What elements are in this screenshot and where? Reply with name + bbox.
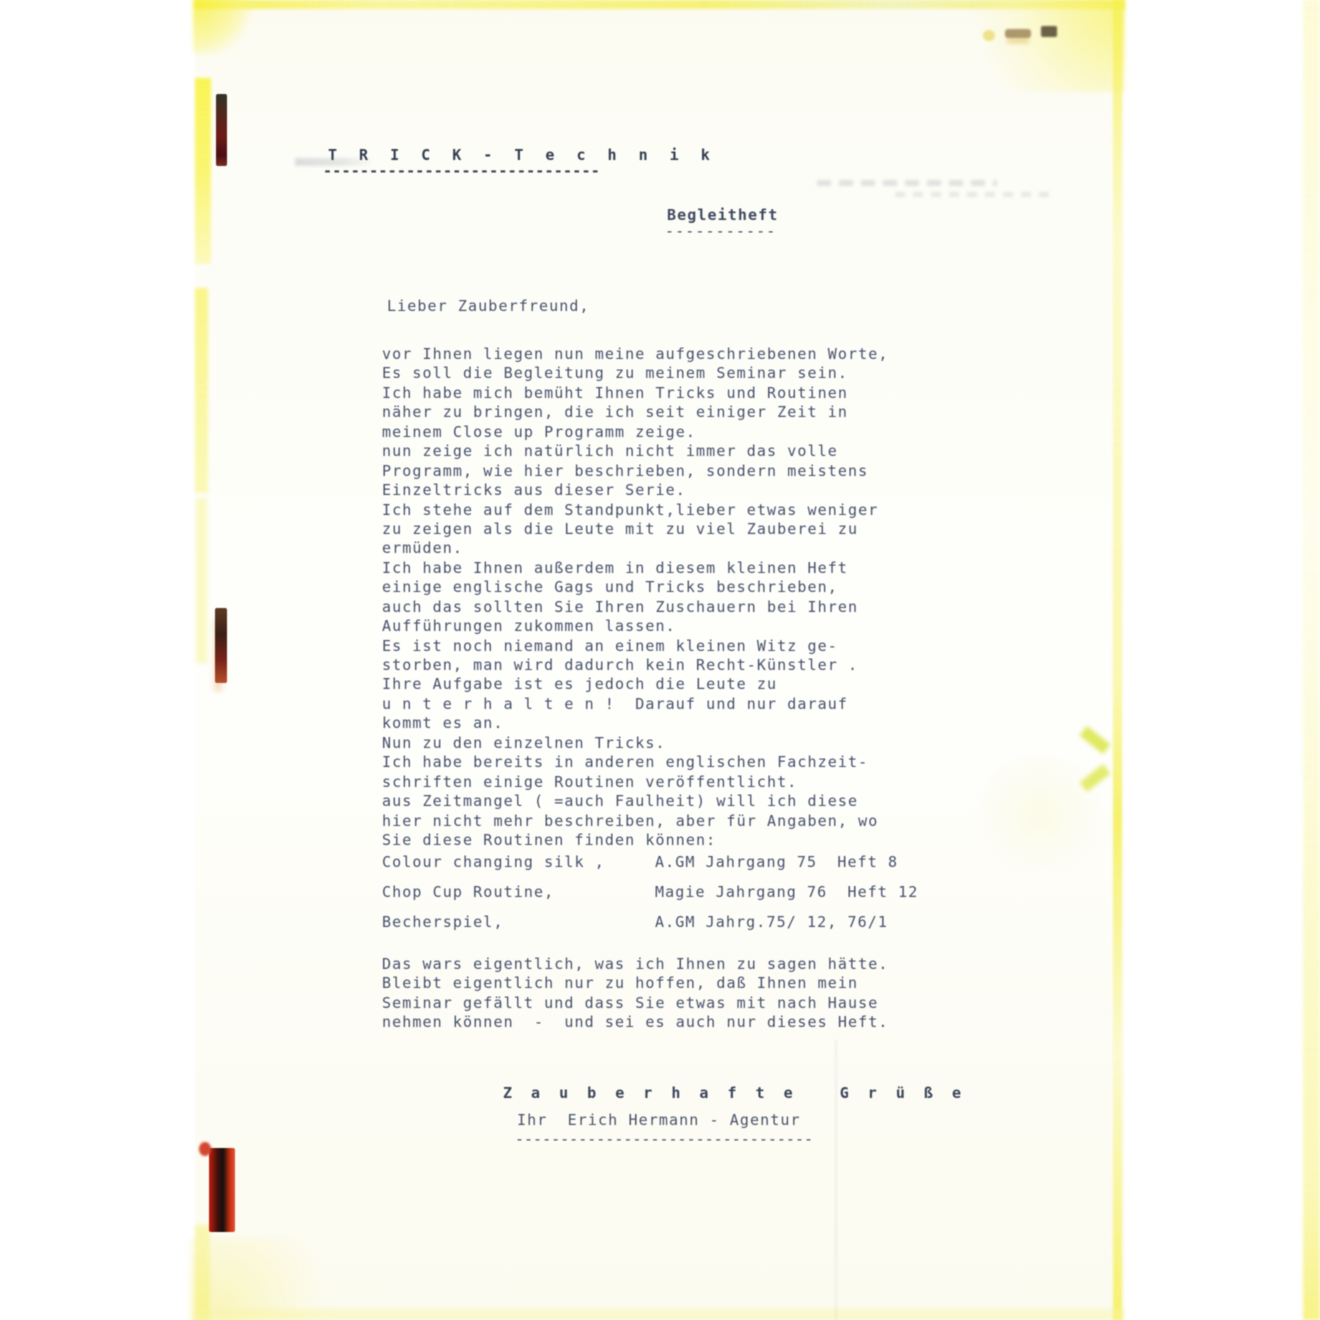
body-line: schriften einige Routinen veröffentlicht… xyxy=(382,773,889,792)
scan-edge-stain xyxy=(1303,0,1320,1320)
body-line: nun zeige ich natürlich nicht immer das … xyxy=(382,442,889,461)
scanned-letter-page: T R I C K - T e c h n i k --------------… xyxy=(0,0,1320,1320)
title-underline: ------------------------------ xyxy=(323,162,600,180)
body-line: Aufführungen zukommen lassen. xyxy=(382,617,889,636)
body-line: Ich habe mich bemüht Ihnen Tricks und Ro… xyxy=(382,384,889,403)
outro-line: Bleibt eigentlich nur zu hoffen, daß Ihn… xyxy=(382,974,889,993)
binding-mark-middle xyxy=(215,608,227,683)
body-line: kommt es an. xyxy=(382,714,889,733)
body-line: Sie diese Routinen finden können: xyxy=(382,831,889,850)
closing-salutation: Z a u b e r h a f t e G r ü ß e xyxy=(503,1084,966,1102)
letter-outro: Das wars eigentlich, was ich Ihnen zu sa… xyxy=(382,955,889,1033)
body-line: auch das sollten Sie Ihren Zuschauern be… xyxy=(382,598,889,617)
subtitle-underline: ----------- xyxy=(665,222,776,240)
paper-sheet: T R I C K - T e c h n i k --------------… xyxy=(195,0,1125,1320)
paper-crease xyxy=(835,1040,837,1320)
body-line: Nun zu den einzelnen Tricks. xyxy=(382,734,889,753)
ink-smudge xyxy=(895,192,1055,197)
stain-left-edge xyxy=(196,498,207,663)
body-line: Ich habe Ihnen außerdem in diesem kleine… xyxy=(382,559,889,578)
body-line: Ich habe bereits in anderen englischen F… xyxy=(382,753,889,772)
pencil-stroke xyxy=(1041,26,1057,37)
reference-title: Chop Cup Routine, xyxy=(382,882,554,902)
stain-chevron-mark xyxy=(1080,728,1114,804)
pencil-stroke xyxy=(1005,29,1031,38)
body-line: näher zu bringen, die ich seit einiger Z… xyxy=(382,403,889,422)
stain-left-edge xyxy=(195,1225,210,1320)
stain-top-left-corner xyxy=(193,0,257,54)
body-line: storben, man wird dadurch kein Recht-Kün… xyxy=(382,656,889,675)
body-line: Es ist noch niemand an einem kleinen Wit… xyxy=(382,637,889,656)
reference-source: A.GM Jahrg.75/ 12, 76/1 xyxy=(655,912,888,932)
reference-title: Colour changing silk , xyxy=(382,852,605,872)
outro-line: nehmen können - und sei es auch nur dies… xyxy=(382,1013,889,1032)
stain-right-edge xyxy=(1113,0,1122,1320)
stain-bottom-edge xyxy=(195,1309,1125,1320)
stain-top-edge xyxy=(195,0,1125,9)
stain-mid-right xyxy=(970,755,1110,870)
binding-mark-bottom xyxy=(209,1148,235,1232)
body-line: aus Zeitmangel ( =auch Faulheit) will ic… xyxy=(382,792,889,811)
handwritten-note xyxy=(983,24,1069,46)
stain-top-right-corner xyxy=(950,0,1125,92)
body-line: ermüden. xyxy=(382,539,889,558)
body-line: Programm, wie hier beschrieben, sondern … xyxy=(382,462,889,481)
body-line: Ihre Aufgabe ist es jedoch die Leute zu xyxy=(382,675,889,694)
body-line: hier nicht mehr beschreiben, aber für An… xyxy=(382,812,889,831)
closing-signature: Ihr Erich Hermann - Agentur xyxy=(517,1111,801,1129)
letter-body: vor Ihnen liegen nun meine aufgeschriebe… xyxy=(382,345,889,850)
body-line: vor Ihnen liegen nun meine aufgeschriebe… xyxy=(382,345,889,364)
greeting-line: Lieber Zauberfreund, xyxy=(387,297,590,315)
stain-bottom-left xyxy=(190,1238,340,1320)
stain-left-edge xyxy=(195,288,208,493)
body-line: einige englische Gags und Tricks beschri… xyxy=(382,578,889,597)
outro-line: Das wars eigentlich, was ich Ihnen zu sa… xyxy=(382,955,889,974)
stain-left-edge xyxy=(195,78,211,264)
binding-mark-top xyxy=(216,94,227,166)
ink-smudge xyxy=(817,180,997,186)
reference-source: Magie Jahrgang 76 Heft 12 xyxy=(655,882,918,902)
body-line: Es soll die Begleitung zu meinem Seminar… xyxy=(382,364,889,383)
reference-source: A.GM Jahrgang 75 Heft 8 xyxy=(655,852,898,872)
outro-line: Seminar gefällt und dass Sie etwas mit n… xyxy=(382,994,889,1013)
body-line: Ich stehe auf dem Standpunkt,lieber etwa… xyxy=(382,501,889,520)
body-line: zu zeigen als die Leute mit zu viel Zaub… xyxy=(382,520,889,539)
body-line: u n t e r h a l t e n ! Darauf und nur d… xyxy=(382,695,889,714)
body-line: meinem Close up Programm zeige. xyxy=(382,423,889,442)
signature-underline: --------------------------------- xyxy=(515,1130,813,1148)
pencil-stroke xyxy=(983,30,995,41)
reference-title: Becherspiel, xyxy=(382,912,504,932)
body-line: Einzeltricks aus dieser Serie. xyxy=(382,481,889,500)
